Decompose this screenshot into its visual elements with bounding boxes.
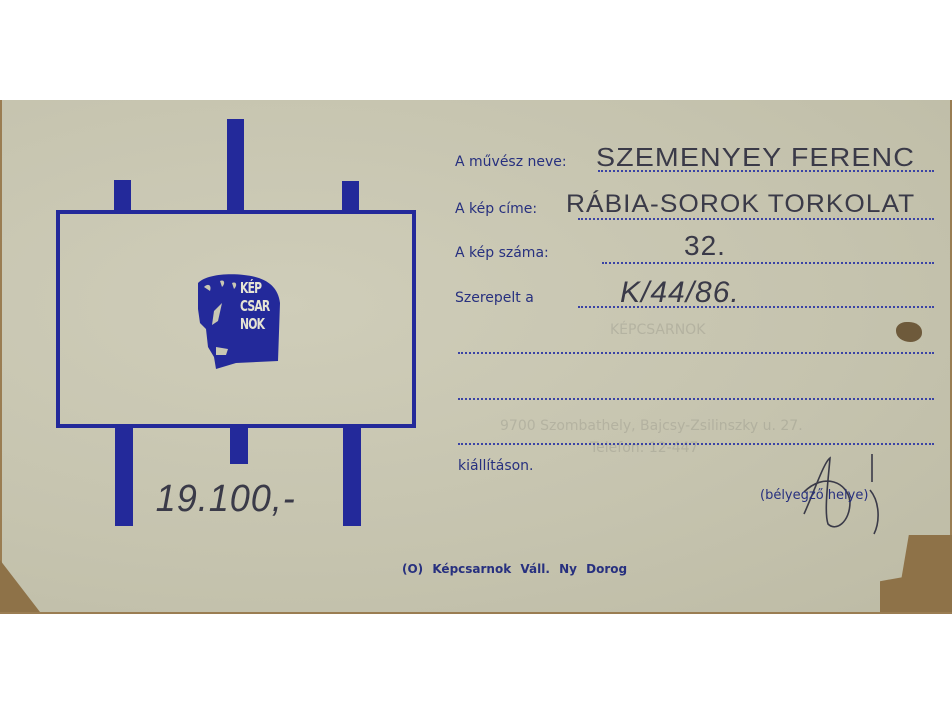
field-label-exhibition: Szerepelt a [455,290,534,306]
stamp-place-label: (bélyegző helye) [760,488,868,503]
blank-line [458,398,934,400]
easel-leg-top-left [114,180,131,212]
logo-wordmark: KÉP CSAR NOK [240,279,269,333]
field-value-title: RÁBIA-SOROK TORKOLAT [566,190,915,219]
publisher-footer: (O) Képcsarnok Váll. Ny Dorog [402,562,627,576]
logo-line: KÉP [240,279,269,297]
easel-mast-top [227,119,244,212]
card-hole [896,322,922,342]
closing-label: kiállításon. [458,458,534,474]
faint-text: 9700 Szombathely, Bajcsy-Zsilinszky u. 2… [500,418,803,434]
easel-leg-bottom-right [343,428,361,526]
field-value-artist: SZEMENYEY FERENC [596,142,915,173]
logo-line: CSAR [240,297,269,315]
blank-line [458,352,934,354]
card-corner-damage [0,560,40,612]
field-value-exhibition: K/44/86. [620,276,740,310]
easel-leg-top-right [342,181,359,212]
easel-mast-bottom [230,428,248,464]
handwritten-price: 19.100,- [156,478,296,521]
logo-line: NOK [240,315,269,333]
field-label-title: A kép címe: [455,201,537,217]
blank-line [458,443,934,445]
easel-leg-bottom-left [115,428,133,526]
faint-text: KÉPCSARNOK [610,322,705,338]
field-label-artist: A művész neve: [455,154,567,170]
field-label-number: A kép száma: [455,245,549,261]
field-line-number [602,262,934,264]
field-value-number: 32. [684,230,726,262]
